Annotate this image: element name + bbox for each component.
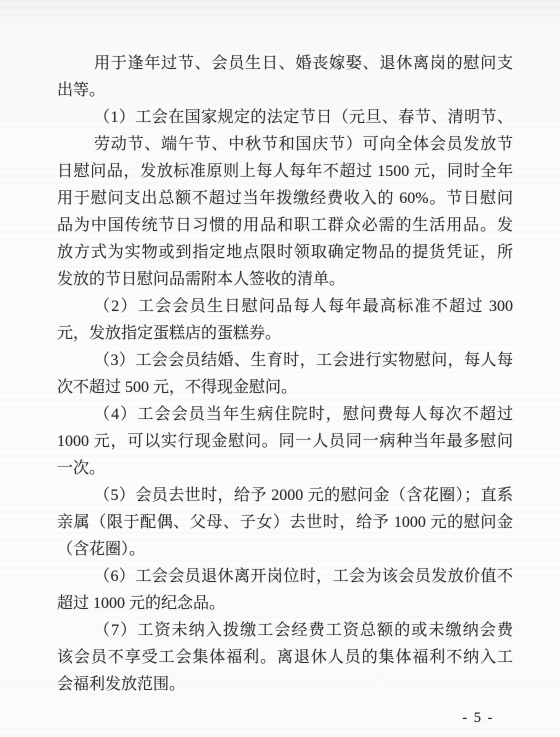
document-text-block: 用于逢年过节、会员生日、婚丧嫁娶、退休离岗的慰问支 出等。 （1）工会在国家规定…: [57, 50, 513, 698]
document-line: 会福利发放范围。: [57, 671, 513, 698]
document-line: 次不超过 500 元，不得现金慰问。: [57, 374, 513, 401]
document-line: （5）会员去世时，给予 2000 元的慰问金（含花圈）；直系: [57, 482, 513, 509]
document-line: （1）工会在国家规定的法定节日（元旦、春节、清明节、: [57, 104, 513, 131]
document-line: 该会员不享受工会集体福利。离退休人员的集体福利不纳入工: [57, 644, 513, 671]
document-line: （6）工会会员退休离开岗位时，工会为该会员发放价值不: [57, 563, 513, 590]
document-line: 出等。: [57, 77, 513, 104]
document-line: （含花圈）。: [57, 536, 513, 563]
document-line: 品为中国传统节日习惯的用品和职工群众必需的生活用品。发: [57, 212, 513, 239]
document-line: 用于慰问支出总额不超过当年拨缴经费收入的 60%。节日慰问: [57, 185, 513, 212]
document-line: （4）工会会员当年生病住院时，慰问费每人每次不超过: [57, 401, 513, 428]
document-line: 劳动节、端午节、中秋节和国庆节）可向全体会员发放节: [57, 131, 513, 158]
document-line: （7）工资未纳入拨缴工会经费工资总额的或未缴纳会费的，: [57, 617, 513, 644]
document-line: 元，发放指定蛋糕店的蛋糕券。: [57, 320, 513, 347]
document-line: 一次。: [57, 455, 513, 482]
document-line: （2）工会会员生日慰问品每人每年最高标准不超过 300: [57, 293, 513, 320]
document-line: 放方式为实物或到指定地点限时领取确定物品的提货凭证，所: [57, 239, 513, 266]
document-line: 亲属（限于配偶、父母、子女）去世时，给予 1000 元的慰问金: [57, 509, 513, 536]
document-page: 用于逢年过节、会员生日、婚丧嫁娶、退休离岗的慰问支 出等。 （1）工会在国家规定…: [0, 0, 560, 737]
document-line: 日慰问品，发放标准原则上每人每年不超过 1500 元，同时全年: [57, 158, 513, 185]
document-line: 用于逢年过节、会员生日、婚丧嫁娶、退休离岗的慰问支: [57, 50, 513, 77]
document-line: 1000 元，可以实行现金慰问。同一人员同一病种当年最多慰问: [57, 428, 513, 455]
document-line: 超过 1000 元的纪念品。: [57, 590, 513, 617]
document-line: 发放的节日慰问品需附本人签收的清单。: [57, 266, 513, 293]
page-number: - 5 -: [462, 710, 494, 727]
document-line: （3）工会会员结婚、生育时，工会进行实物慰问，每人每: [57, 347, 513, 374]
